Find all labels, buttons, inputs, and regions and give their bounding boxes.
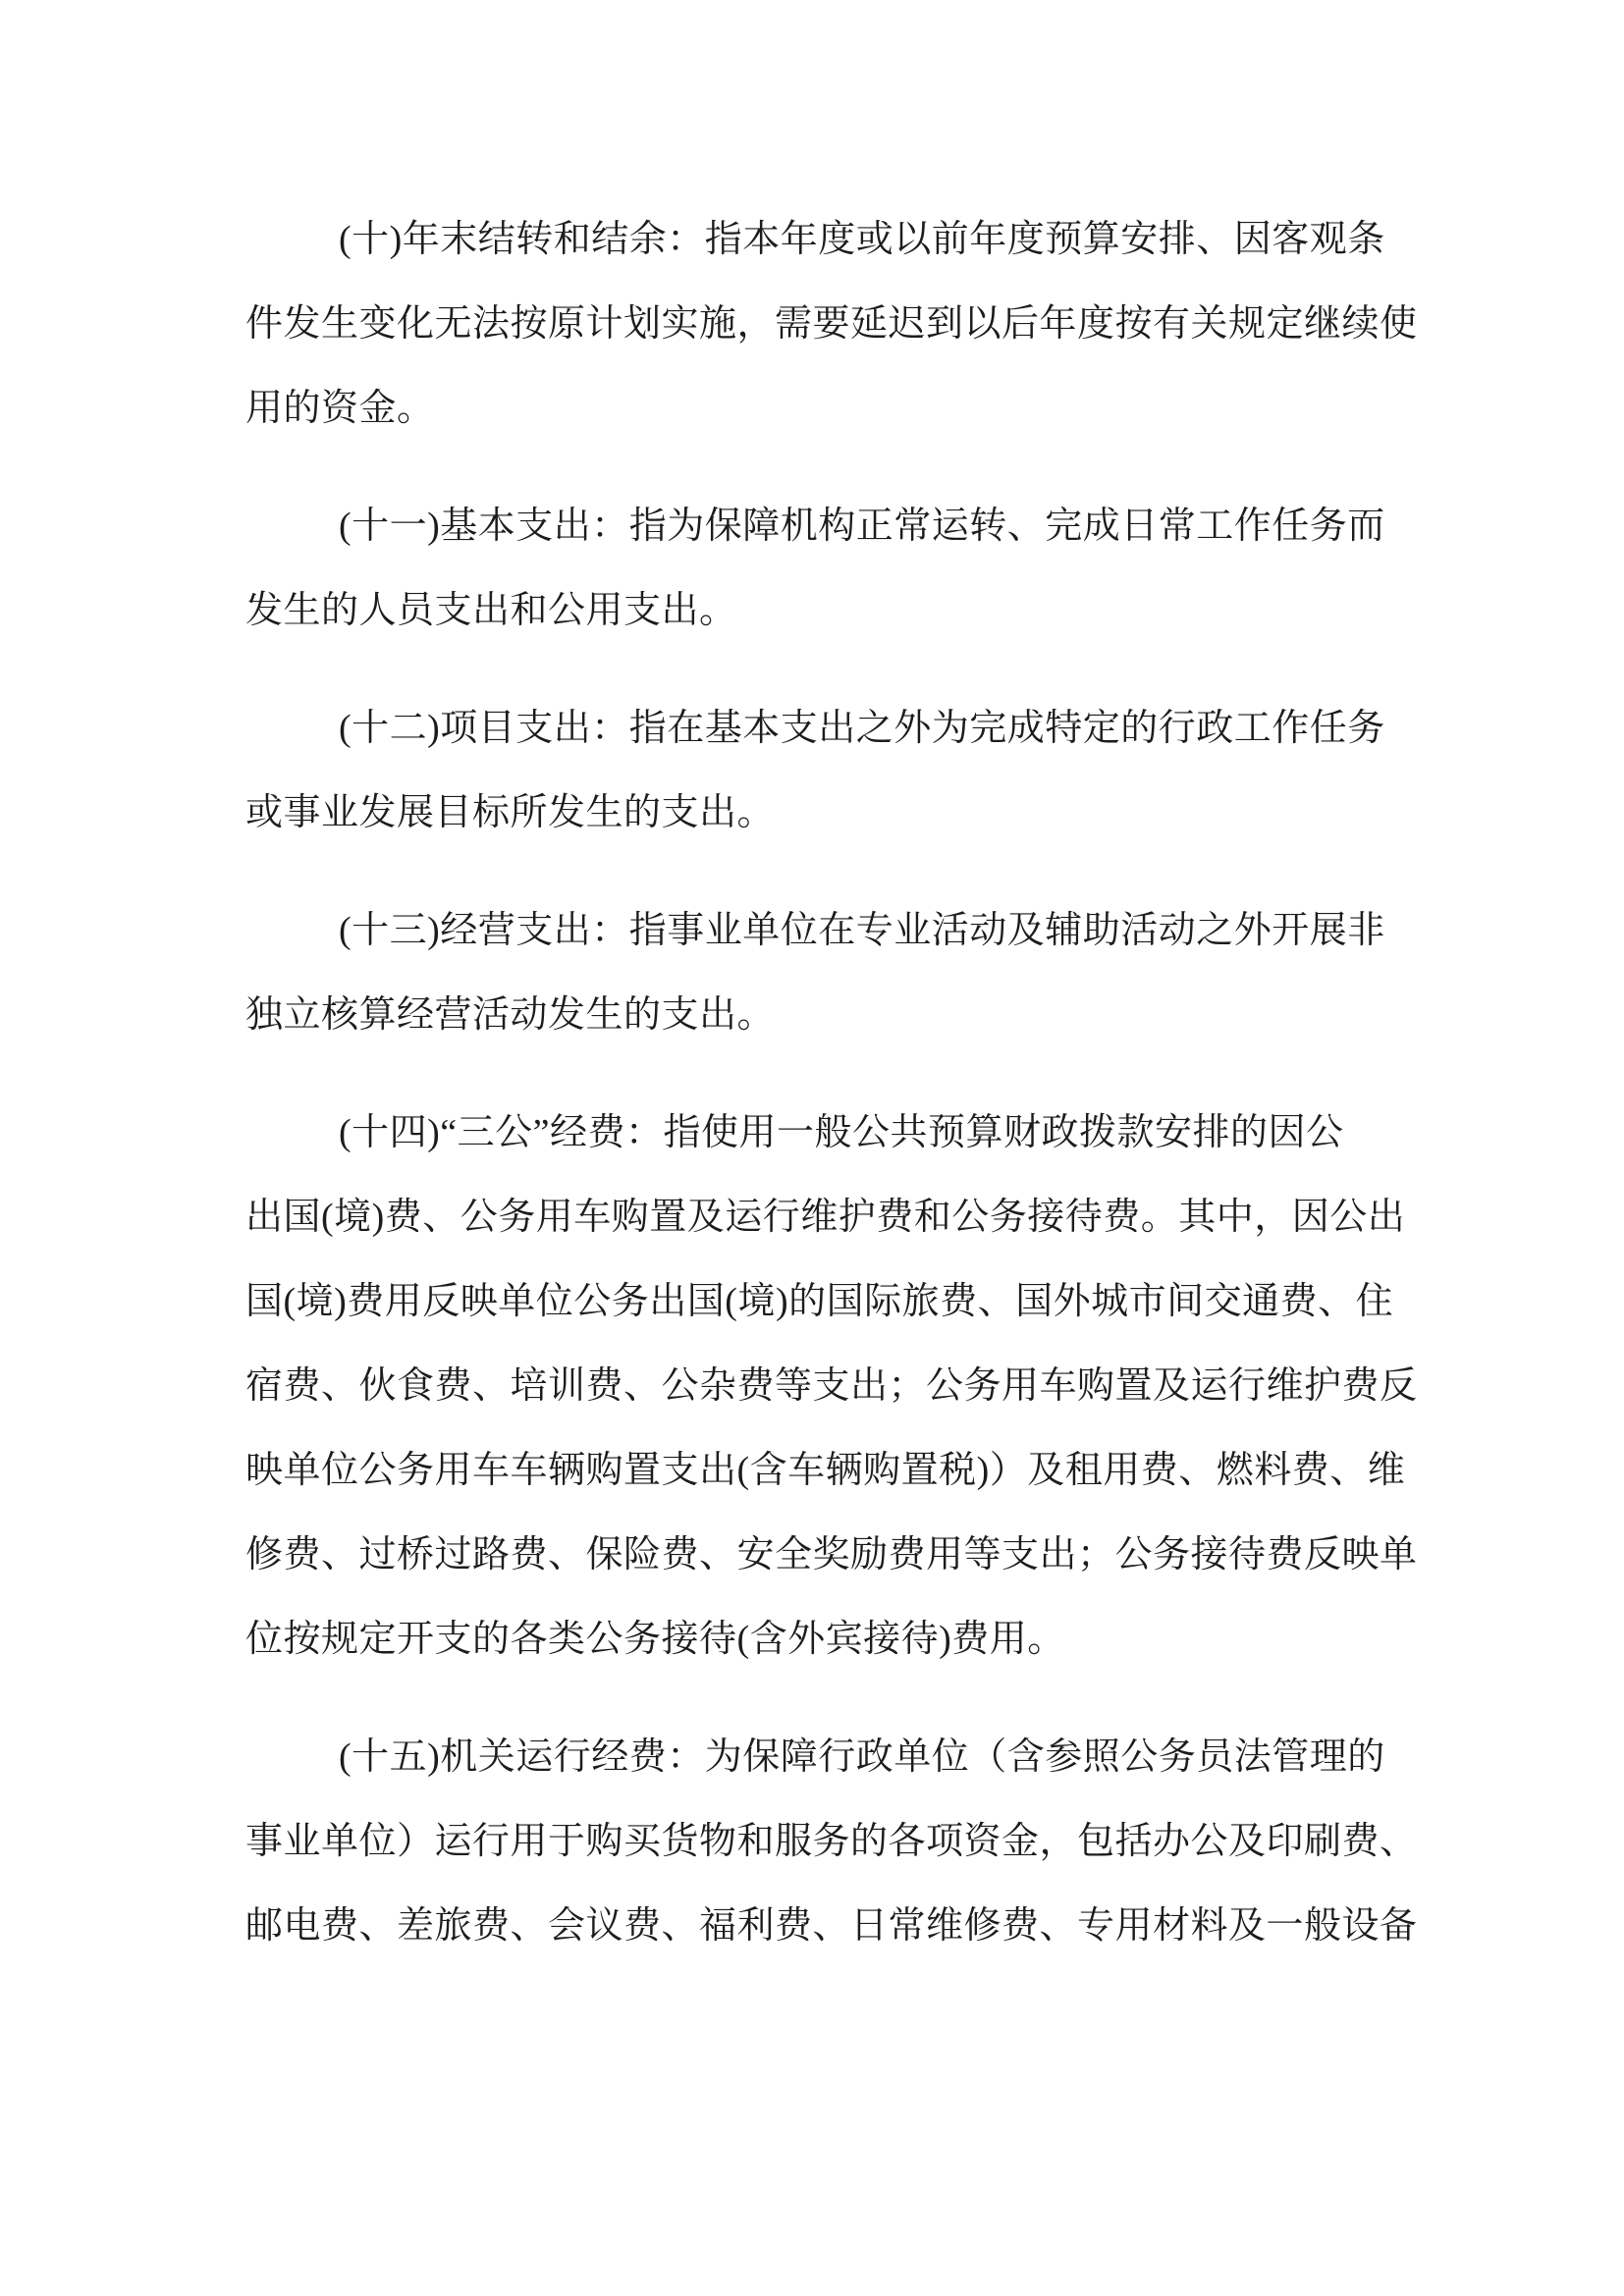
text-line: (十五)机关运行经费：为保障行政单位（含参照公务员法管理的 <box>245 1715 1384 1799</box>
text-line: 件发生变化无法按原计划实施，需要延迟到以后年度按有关规定继续使 <box>245 282 1384 366</box>
text-line: (十一)基本支出：指为保障机构正常运转、完成日常工作任务而 <box>245 484 1384 568</box>
text-line: (十二)项目支出：指在基本支出之外为完成特定的行政工作任务 <box>245 686 1384 771</box>
text-line: 国(境)费用反映单位公务出国(境)的国际旅费、国外城市间交通费、住 <box>245 1259 1384 1344</box>
text-line: 发生的人员支出和公用支出。 <box>245 568 1384 653</box>
paragraph-11-basic-expenditure: (十一)基本支出：指为保障机构正常运转、完成日常工作任务而 发生的人员支出和公用… <box>245 484 1384 653</box>
text-line: 宿费、伙食费、培训费、公杂费等支出；公务用车购置及运行维护费反 <box>245 1344 1384 1428</box>
text-line: 独立核算经营活动发生的支出。 <box>245 973 1384 1057</box>
text-line: 或事业发展目标所发生的支出。 <box>245 771 1384 855</box>
text-line: 邮电费、差旅费、会议费、福利费、日常维修费、专用材料及一般设备 <box>245 1884 1384 1968</box>
text-line: (十)年末结转和结余：指本年度或以前年度预算安排、因客观条 <box>245 197 1384 282</box>
paragraph-15-agency-operating-funds: (十五)机关运行经费：为保障行政单位（含参照公务员法管理的 事业单位）运行用于购… <box>245 1715 1384 1968</box>
text-line: 出国(境)费、公务用车购置及运行维护费和公务接待费。其中，因公出 <box>245 1175 1384 1259</box>
text-line: (十三)经营支出：指事业单位在专业活动及辅助活动之外开展非 <box>245 888 1384 973</box>
text-line: (十四)“三公”经费：指使用一般公共预算财政拨款安排的因公 <box>245 1091 1384 1175</box>
text-line: 用的资金。 <box>245 366 1384 451</box>
paragraph-10-year-end-carryover: (十)年末结转和结余：指本年度或以前年度预算安排、因客观条 件发生变化无法按原计… <box>245 197 1384 451</box>
paragraph-12-project-expenditure: (十二)项目支出：指在基本支出之外为完成特定的行政工作任务 或事业发展目标所发生… <box>245 686 1384 855</box>
paragraph-14-three-public-funds: (十四)“三公”经费：指使用一般公共预算财政拨款安排的因公 出国(境)费、公务用… <box>245 1091 1384 1682</box>
document-page: (十)年末结转和结余：指本年度或以前年度预算安排、因客观条 件发生变化无法按原计… <box>0 0 1624 2296</box>
text-line: 修费、过桥过路费、保险费、安全奖励费用等支出；公务接待费反映单 <box>245 1513 1384 1597</box>
paragraph-13-operating-expenditure: (十三)经营支出：指事业单位在专业活动及辅助活动之外开展非 独立核算经营活动发生… <box>245 888 1384 1057</box>
text-line: 映单位公务用车车辆购置支出(含车辆购置税)）及租用费、燃料费、维 <box>245 1428 1384 1513</box>
document-text-block: (十)年末结转和结余：指本年度或以前年度预算安排、因客观条 件发生变化无法按原计… <box>245 197 1384 2002</box>
text-line: 事业单位）运行用于购买货物和服务的各项资金，包括办公及印刷费、 <box>245 1799 1384 1884</box>
text-line: 位按规定开支的各类公务接待(含外宾接待)费用。 <box>245 1597 1384 1682</box>
